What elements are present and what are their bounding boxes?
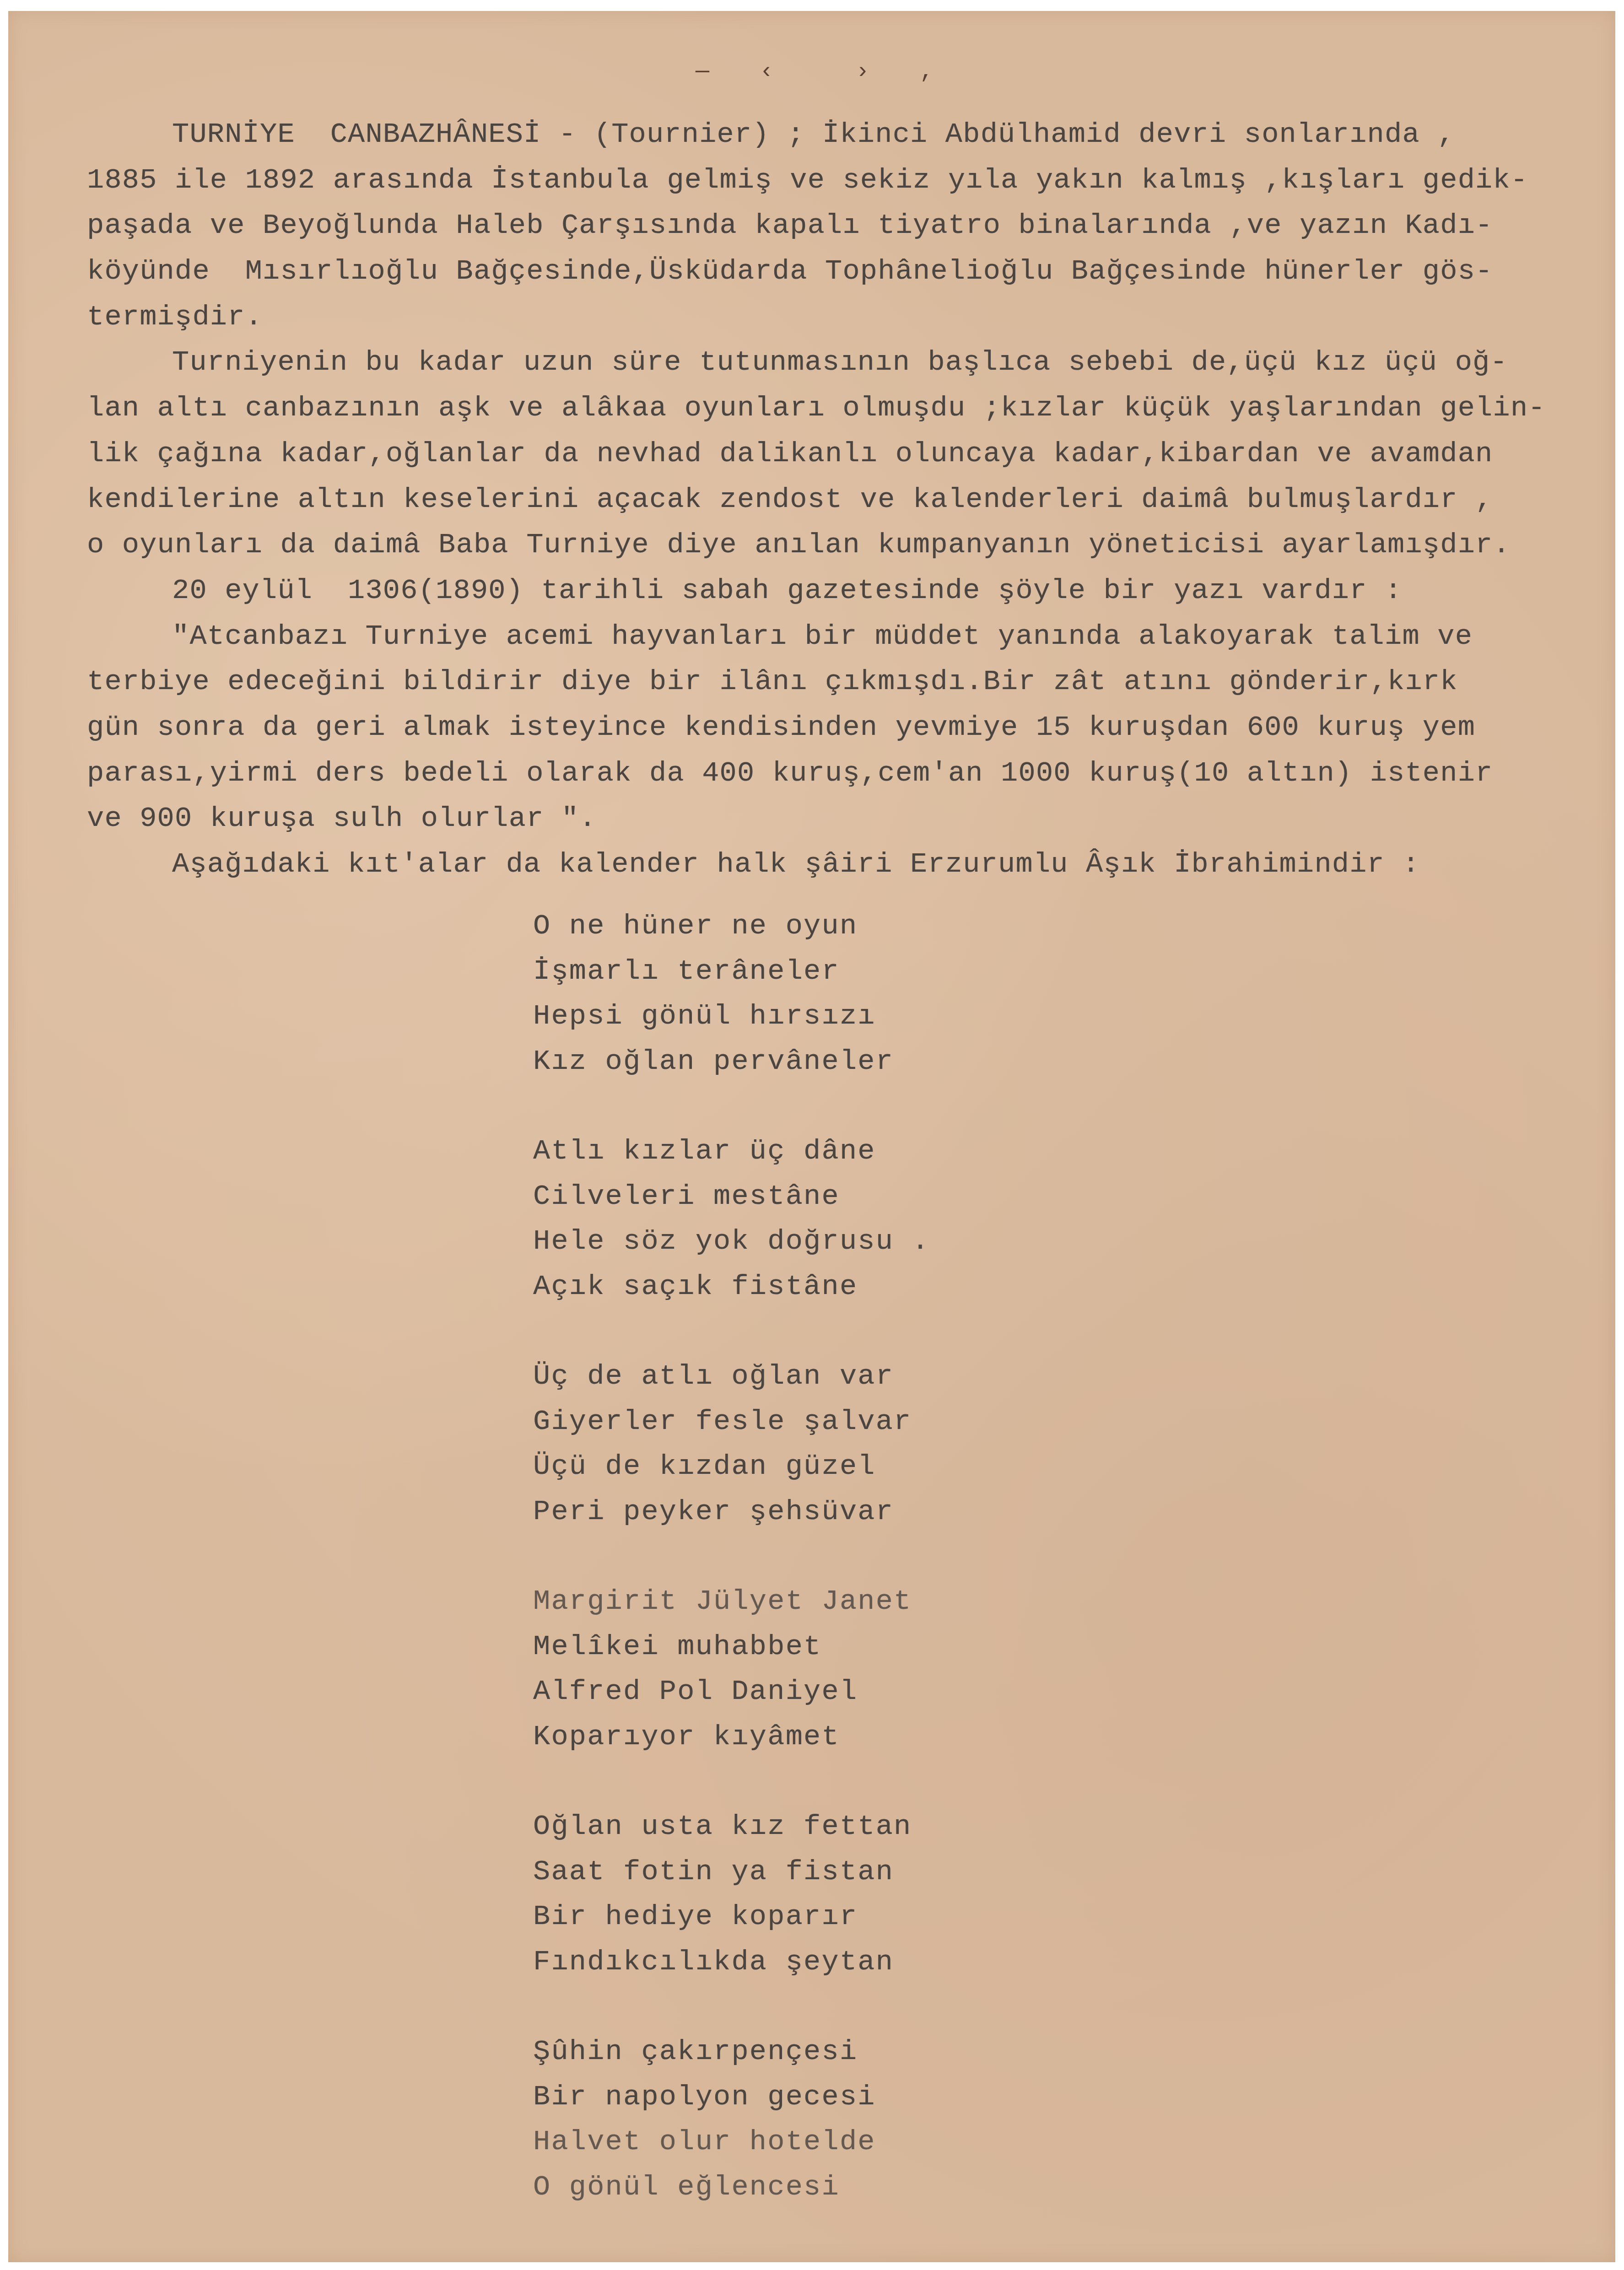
verse: Giyerler fesle şalvar	[533, 1405, 930, 1450]
quote-line-3: gün sonra da geri almak isteyince kendis…	[87, 711, 1579, 757]
prose-body: TURNİYE CANBAZHÂNESİ - (Tournier) ; İkin…	[87, 118, 1579, 894]
paragraph-2-line-3: lik çağına kadar,oğlanlar da nevhad dali…	[87, 437, 1579, 483]
verse: Margirit Jülyet Janet	[533, 1585, 930, 1630]
page-header-mark: — ‹ › ,	[696, 59, 952, 85]
verse: Oğlan usta kız fettan	[533, 1810, 930, 1855]
paragraph-2-line-2: lan altı canbazının aşk ve alâkaa oyunla…	[87, 392, 1579, 437]
stanza-2: Atlı kızlar üç dâne Cilveleri mestâne He…	[533, 1135, 930, 1315]
verse: Melîkei muhabbet	[533, 1630, 930, 1676]
verse: Peri peyker şehsüvar	[533, 1495, 930, 1541]
verse: Bir napolyon gecesi	[533, 2081, 930, 2126]
stanza-6: Şûhin çakırpençesi Bir napolyon gecesi H…	[533, 2035, 930, 2216]
verse: Bir hediye koparır	[533, 1900, 930, 1946]
paragraph-1-line-3: paşada ve Beyoğlunda Haleb Çarşısında ka…	[87, 209, 1579, 255]
paragraph-3-line-1: 20 eylül 1306(1890) tarihli sabah gazete…	[87, 574, 1579, 620]
poem-intro-line: Aşağıdaki kıt'alar da kalender halk şâir…	[87, 848, 1579, 894]
stanza-4: Margirit Jülyet Janet Melîkei muhabbet A…	[533, 1585, 930, 1765]
paragraph-1-line-1: TURNİYE CANBAZHÂNESİ - (Tournier) ; İkin…	[87, 118, 1579, 164]
verse: Hepsi gönül hırsızı	[533, 1000, 930, 1045]
stanza-3: Üç de atlı oğlan var Giyerler fesle şalv…	[533, 1360, 930, 1540]
verse: Açık saçık fistâne	[533, 1270, 930, 1316]
quote-line-1: "Atcanbazı Turniye acemi hayvanları bir …	[87, 620, 1579, 666]
quote-line-5: ve 900 kuruşa sulh olurlar ".	[87, 802, 1579, 848]
stanza-5: Oğlan usta kız fettan Saat fotin ya fist…	[533, 1810, 930, 1990]
paragraph-1-line-2: 1885 ile 1892 arasında İstanbula gelmiş …	[87, 164, 1579, 210]
verse: İşmarlı terâneler	[533, 955, 930, 1000]
quote-line-2: terbiye edeceğini bildirir diye bir ilân…	[87, 665, 1579, 711]
paragraph-2-line-5: o oyunları da daimâ Baba Turniye diye an…	[87, 528, 1579, 574]
quote-line-4: parası,yirmi ders bedeli olarak da 400 k…	[87, 757, 1579, 803]
paragraph-1-line-5: termişdir.	[87, 301, 1579, 346]
verse: Şûhin çakırpençesi	[533, 2035, 930, 2081]
paragraph-2-line-4: kendilerine altın keselerini açacak zend…	[87, 483, 1579, 529]
verse: O gönül eğlencesi	[533, 2171, 930, 2216]
verse: Halvet olur hotelde	[533, 2125, 930, 2171]
poem: O ne hüner ne oyun İşmarlı terâneler Hep…	[533, 910, 930, 2260]
verse: Alfred Pol Daniyel	[533, 1675, 930, 1720]
verse: Koparıyor kıyâmet	[533, 1720, 930, 1766]
verse: O ne hüner ne oyun	[533, 910, 930, 955]
verse: Fındıkcılıkda şeytan	[533, 1946, 930, 1991]
verse: Üçü de kızdan güzel	[533, 1450, 930, 1495]
verse: Saat fotin ya fistan	[533, 1855, 930, 1901]
verse: Cilveleri mestâne	[533, 1180, 930, 1225]
verse: Üç de atlı oğlan var	[533, 1360, 930, 1405]
paragraph-1-line-4: köyünde Mısırlıoğlu Bağçesinde,Üsküdarda…	[87, 255, 1579, 301]
verse: Kız oğlan pervâneler	[533, 1045, 930, 1090]
verse: Hele söz yok doğrusu .	[533, 1225, 930, 1270]
stanza-1: O ne hüner ne oyun İşmarlı terâneler Hep…	[533, 910, 930, 1090]
paragraph-2-line-1: Turniyenin bu kadar uzun süre tutunmasın…	[87, 346, 1579, 392]
verse: Atlı kızlar üç dâne	[533, 1135, 930, 1180]
